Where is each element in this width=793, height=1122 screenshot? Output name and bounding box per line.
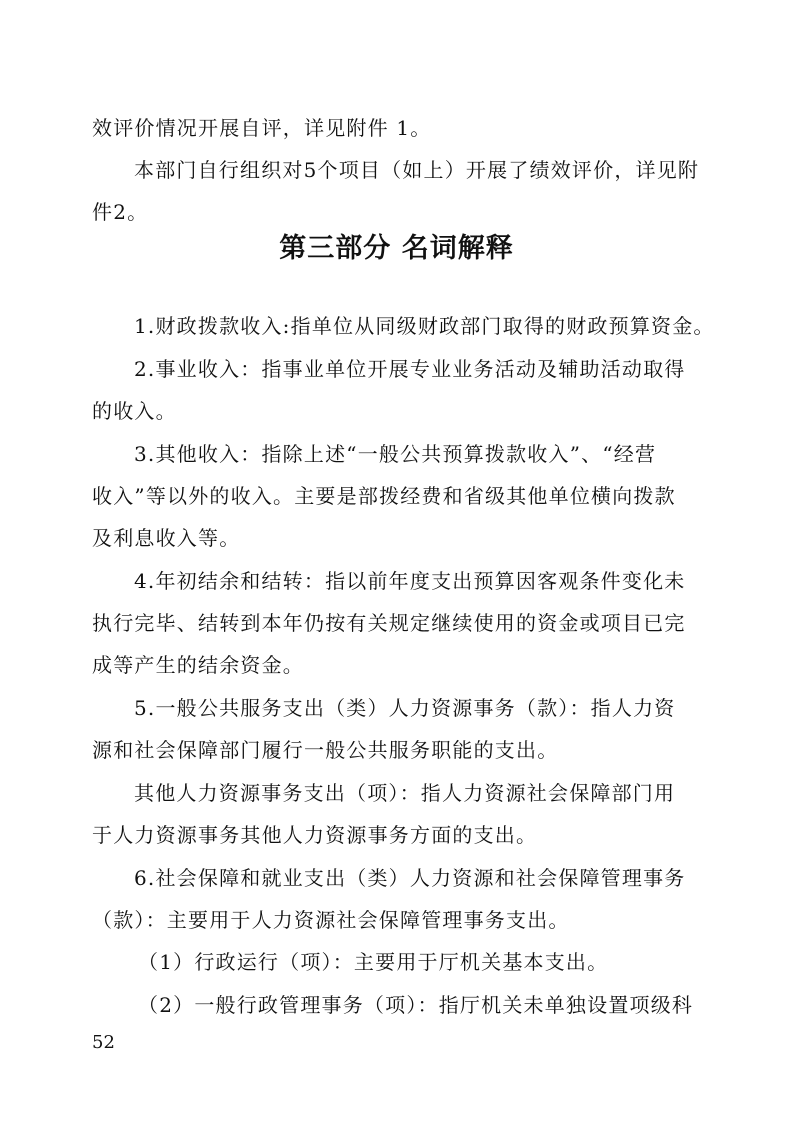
paragraph-line: 的收入。 [92,397,704,425]
definition-6-item-2: （2）一般行政管理事务（项）：指厅机关未单独设置项级科 [138,991,704,1019]
paragraph-line: 及利息收入等。 [92,524,704,552]
definition-6-item-1: （1）行政运行（项）：主要用于厅机关基本支出。 [138,948,704,976]
section-title: 第三部分 名词解释 [0,226,793,265]
paragraph-line: 成等产生的结余资金。 [92,651,704,679]
paragraph-line: （款）：主要用于人力资源社会保障管理事务支出。 [92,906,704,934]
paragraph-line: 效评价情况开展自评，详见附件 1。 [92,114,704,142]
page-number: 52 [92,1032,115,1053]
definition-5: 5.一般公共服务支出（类）人力资源事务（款）：指人力资 [134,694,704,722]
definition-2: 2.事业收入：指事业单位开展专业业务活动及辅助活动取得 [134,355,704,383]
paragraph-line: 件2。 [92,198,704,226]
definition-1: 1.财政拨款收入:指单位从同级财政部门取得的财政预算资金。 [134,312,704,340]
paragraph-line: 本部门自行组织对5个项目（如上）开展了绩效评价，详见附 [134,156,704,184]
definition-4: 4.年初结余和结转：指以前年度支出预算因客观条件变化未 [134,567,704,595]
paragraph-line: 源和社会保障部门履行一般公共服务职能的支出。 [92,736,704,764]
paragraph-line: 收入”等以外的收入。主要是部拨经费和省级其他单位横向拨款 [92,482,704,510]
definition-3: 3.其他收入：指除上述“一般公共预算拨款收入”、“经营 [134,440,704,468]
paragraph-line: 于人力资源事务其他人力资源事务方面的支出。 [92,821,704,849]
definition-6: 6.社会保障和就业支出（类）人力资源和社会保障管理事务 [134,864,704,892]
definition-5-sub: 其他人力资源事务支出（项）：指人力资源社会保障部门用 [134,779,704,807]
paragraph-line: 执行完毕、结转到本年仍按有关规定继续使用的资金或项目已完 [92,609,704,637]
